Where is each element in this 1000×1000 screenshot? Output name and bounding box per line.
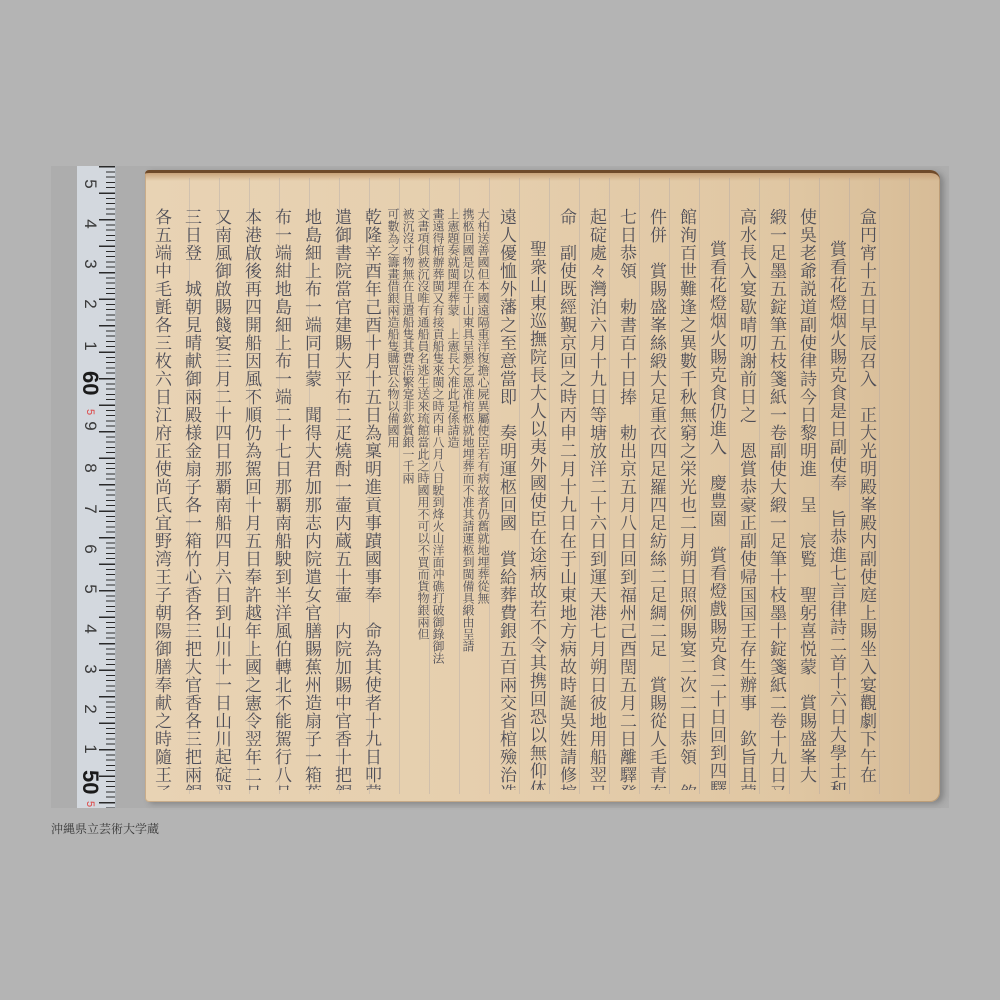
ruler-label: 7: [80, 498, 100, 520]
text-column: 使吳老爺説道副使律詩今日黎明進 呈 宸覧 聖躬喜悦蒙 賞賜盛峯大: [790, 200, 820, 790]
ruler-label: 3: [80, 658, 100, 680]
ruler-label: 4: [80, 213, 100, 235]
collection-credit-caption: 沖縄県立芸術大学蔵: [51, 820, 159, 837]
text-column: 本港啟後再四開船因風不順仍為駕回十月五日奉許越年上國之憲令翌年二月六日出: [235, 200, 265, 790]
ruler-label: 5: [80, 173, 100, 195]
text-column: 賞看花燈烟火賜克食是日副使奉 旨恭進七言律詩二首十六日大學士和大人遣大: [820, 200, 850, 790]
ruler-label-red: 5: [80, 401, 100, 423]
text-column: 遠人優恤外藩之至意當即 奏明運柩回國 賞給葬費銀五百兩交省棺殮治造送: [490, 200, 520, 790]
text-column: 命 副使既經覲京回之時丙申二月十九日在于山東地方病故時誕吳姓請修棺柩就近埋葬隨: [550, 200, 580, 790]
text-column-annotation: 携柩回國是以在于山東具呈懇乞恩准棺柩就地埋葬而不准其請運柩到閩備具緞由呈請: [460, 200, 475, 790]
ruler-major-ticks: [99, 166, 115, 808]
text-column: 遣御書院當官建賜大平布二疋燒酎一壷内蔵五十壷 内院加賜中官香十把銅枝有二端: [325, 200, 355, 790]
ruler-label: 50: [80, 770, 100, 792]
text-column: 緞一足墨五錠筆五枝箋紙一卷副使大緞一足筆十枝墨十錠箋紙二卷十九日又在 山: [760, 200, 790, 790]
text-column: 地島細上布一端同日蒙 聞得大君加那志内院遣女官膳賜蕉州造扇子一箱蕉: [295, 200, 325, 790]
text-column: 館洵百世難逢之異數千秋無窮之栄光也二月朔日照例賜宴二次二日恭領 欽賞物: [670, 200, 700, 790]
ruler-label: 1: [80, 335, 100, 357]
text-column: 各五端中毛氈各三枚六日江府正使尚氏宜野湾王子朝陽御膳奉献之時隨王子登: [145, 200, 175, 790]
text-column: 件併 賞賜盛峯絲緞大足重衣四足羅四足紡絲二足綢二足 賞賜從人毛青布各大足: [640, 200, 670, 790]
text-column: 乾隆辛酉年己酉十月十五日為稟明進貢事蹟國事奉 命為其使者十九日叩蒙 聖上: [355, 200, 385, 790]
ruler-label: 6: [80, 538, 100, 560]
text-column: 三日登 城朝見晴献御兩殿様金扇子各一箱竹心香各三把大官香各三把兩銅枝有: [175, 200, 205, 790]
ruler-label: 2: [80, 698, 100, 720]
ruler-label: 4: [80, 618, 100, 640]
text-column: 七日恭領 勅書百十日捧 勅出京五月八日回到福州己酉閏五月二日離驛登舟四日太之下: [610, 200, 640, 790]
text-column: 賞看花燈烟火賜克食仍進入 慶豊園 賞看燈戲賜克食二十日回到四驛: [700, 200, 730, 790]
ruler-label-red: 5: [80, 793, 100, 815]
ruler-label: 60: [80, 371, 100, 393]
text-column-annotation: 上憲題奏就閩埋葬蒙 上憲長大准此是係請造: [445, 200, 460, 790]
text-column: 盒円宵十五日早辰召入 正大光明殿峯殿内副使庭上賜坐入宴觀劇下午在 山高水長: [850, 200, 880, 790]
text-column: 高水長入宴歇晴叨謝前日之 恩賞恭豪正副使帰国国王存生辦事 欽旨且蒙: [730, 200, 760, 790]
measuring-ruler: 5 4 3 2 1 60 9 5 8 7 6 5 4 3 2 1 50 5: [77, 166, 116, 808]
manuscript-page: 盒円宵十五日早辰召入 正大光明殿峯殿内副使庭上賜坐入宴觀劇下午在 山高水長 賞看…: [145, 170, 940, 802]
ruler-label: 2: [80, 293, 100, 315]
text-column: 又南風御啟賜餞宴三月二十四日那覇南船四月六日到山川十一日山川起碇翌日到前之濱入津: [205, 200, 235, 790]
text-column: 聖衆山東巡撫院長大人以夷外國使臣在途病故若不令其携回恐以無仰体 皇上柔遠: [520, 200, 550, 790]
ruler-label: 1: [80, 738, 100, 760]
text-column-annotation: 畫遠得棺辦葬閩又有接貢船隻來閩之時丙申八月八日駛到烽火山洋面冲礁打破御錄御法: [430, 200, 445, 790]
text-columns: 盒円宵十五日早辰召入 正大光明殿峯殿内副使庭上賜坐入宴觀劇下午在 山高水長 賞看…: [185, 200, 880, 790]
ruler-label: 5: [80, 578, 100, 600]
text-column-annotation: 可數為之籌畫借銀兩造船隻購買公物以備國用: [385, 200, 400, 790]
text-column: 布一端紺地島細上布一端二十七日那覇南船駛到半洋風伯轉北不能駕行八月朔日駕面: [265, 200, 295, 790]
text-column-annotation: 被沉沒寸物無在且遣船隻其費浩繁寔非欽賞銀一千兩: [400, 200, 415, 790]
text-column-annotation: 文書項俱被沉沒唯有通船員名逃生送來琉館當此之時國用不可以不買而貨物銀兩但: [415, 200, 430, 790]
ruler-label: 8: [80, 457, 100, 479]
text-column-annotation: 大柏送善國但本國遠隔重洋復擔心屍異屬使臣若有病故者仍舊就地埋葬從無: [475, 200, 490, 790]
ruler-label: 3: [80, 253, 100, 275]
text-column: 起碇處々灣泊六月十九日等塘放洋二十六日到運天港七月朔日彼地用船翌日回到那覇從: [580, 200, 610, 790]
